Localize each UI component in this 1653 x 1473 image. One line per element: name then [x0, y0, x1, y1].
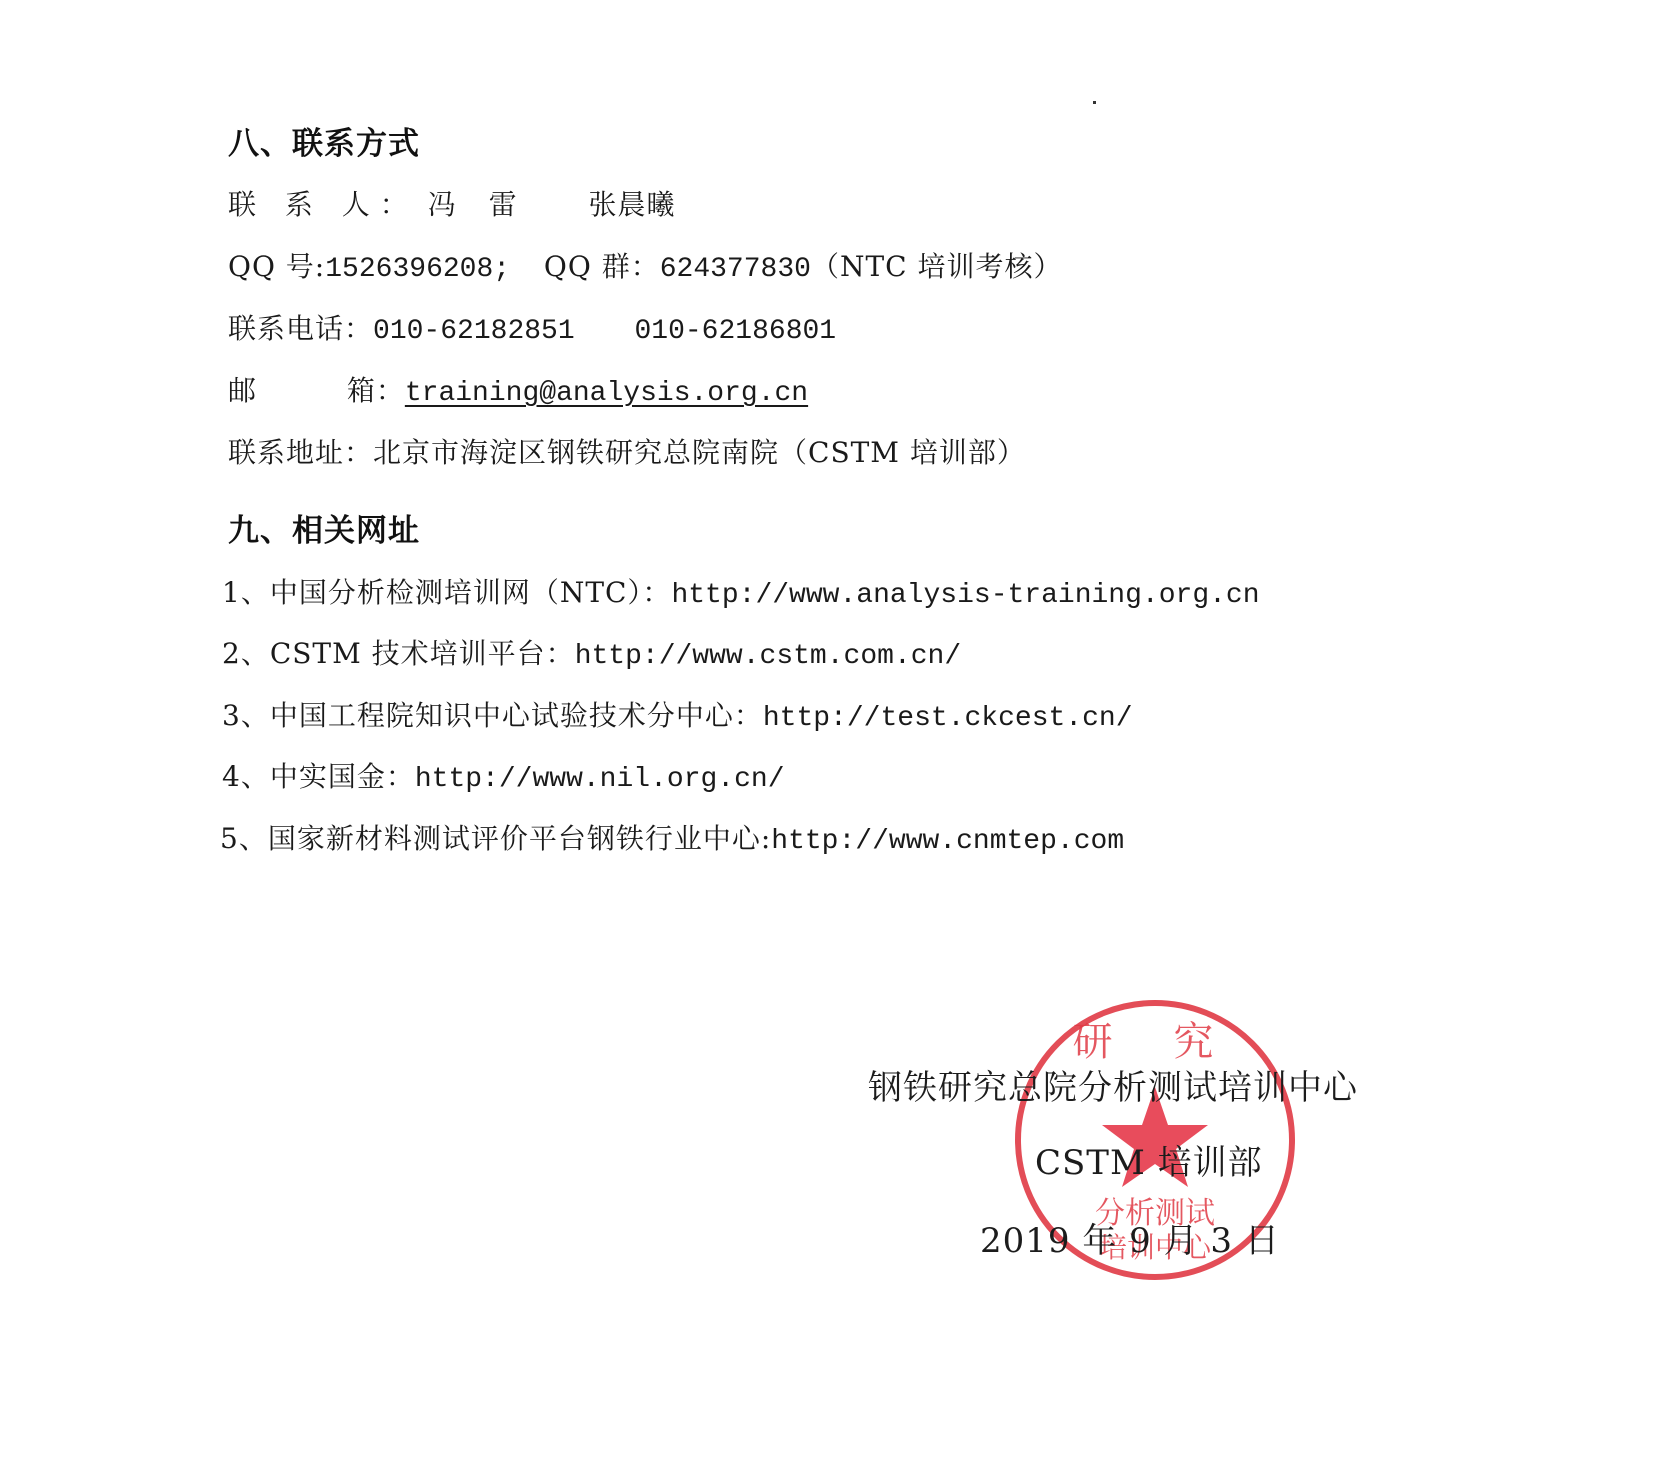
signature-date: 2019 年 9 月 3 日: [980, 1213, 1280, 1262]
phone-number-2: 010-62186801: [634, 316, 836, 347]
address-label: 联系地址：: [228, 436, 373, 469]
section-9-title: 九、相关网址: [228, 505, 420, 550]
phone-number-1: 010-62182851: [373, 316, 575, 347]
scan-speck: [1093, 101, 1096, 104]
link-url[interactable]: http://www.analysis-training.org.cn: [671, 580, 1259, 611]
link-url[interactable]: http://test.ckcest.cn/: [763, 703, 1133, 734]
section-8-title: 八、联系方式: [228, 118, 420, 163]
link-index: 1、: [222, 576, 270, 609]
qq-line: QQ 号:1526396208; QQ 群：624377830（NTC 培训考核…: [228, 245, 1062, 285]
link-url[interactable]: http://www.nil.org.cn/: [415, 764, 785, 795]
email-line: 邮 箱：training@analysis.org.cn: [228, 369, 808, 409]
link-url[interactable]: http://www.cstm.com.cn/: [575, 641, 961, 672]
contacts-line: 联 系 人： 冯 雷 张晨曦: [228, 183, 675, 223]
link-item-4: 4、中实国金：http://www.nil.org.cn/: [222, 755, 785, 795]
link-item-3: 3、中国工程院知识中心试验技术分中心：http://test.ckcest.cn…: [222, 694, 1133, 734]
link-index: 2、: [222, 637, 270, 670]
link-item-2: 2、CSTM 技术培训平台：http://www.cstm.com.cn/: [222, 632, 961, 672]
address-value: 北京市海淀区钢铁研究总院南院（CSTM 培训部）: [373, 436, 1026, 469]
link-name: 中国分析检测培训网（NTC）：: [270, 576, 672, 609]
email-label-part-1: 邮: [228, 374, 257, 407]
link-item-5: 5、国家新材料测试评价平台钢铁行业中心:http://www.cnmtep.co…: [220, 817, 1124, 857]
qq-label: QQ 号:: [228, 250, 325, 283]
link-name: 中国工程院知识中心试验技术分中心：: [270, 699, 763, 732]
link-item-1: 1、中国分析检测培训网（NTC）：http://www.analysis-tra…: [222, 571, 1260, 611]
signature-department: CSTM 培训部: [1035, 1135, 1263, 1184]
phone-line: 联系电话：010-62182851 010-62186801: [228, 307, 836, 347]
contact-person-2: 张晨曦: [588, 188, 675, 221]
link-index: 4、: [222, 760, 270, 793]
qq-group-label: QQ 群：: [544, 250, 660, 283]
link-name: 国家新材料测试评价平台钢铁行业中心:: [268, 822, 771, 855]
seal-top-text: 研 究: [1073, 1019, 1238, 1065]
link-index: 5、: [220, 822, 268, 855]
document-page: 八、联系方式 联 系 人： 冯 雷 张晨曦 QQ 号:1526396208; Q…: [0, 0, 1653, 1473]
contacts-label: 联 系 人：: [228, 188, 418, 221]
link-name: 中实国金：: [270, 760, 415, 793]
signature-organization: 钢铁研究总院分析测试培训中心: [868, 1060, 1358, 1109]
link-url[interactable]: http://www.cnmtep.com: [771, 826, 1124, 857]
email-label-part-2: 箱：: [347, 374, 405, 407]
link-index: 3、: [222, 699, 270, 732]
qq-number: 1526396208;: [325, 254, 510, 285]
email-link[interactable]: training@analysis.org.cn: [405, 378, 808, 409]
qq-group-note: （NTC 培训考核）: [811, 250, 1063, 283]
phone-label: 联系电话：: [228, 312, 373, 345]
contact-person-1: 冯 雷: [428, 188, 529, 221]
qq-group-number: 624377830: [660, 254, 811, 285]
address-line: 联系地址：北京市海淀区钢铁研究总院南院（CSTM 培训部）: [228, 431, 1026, 471]
link-name: CSTM 技术培训平台：: [270, 637, 575, 670]
